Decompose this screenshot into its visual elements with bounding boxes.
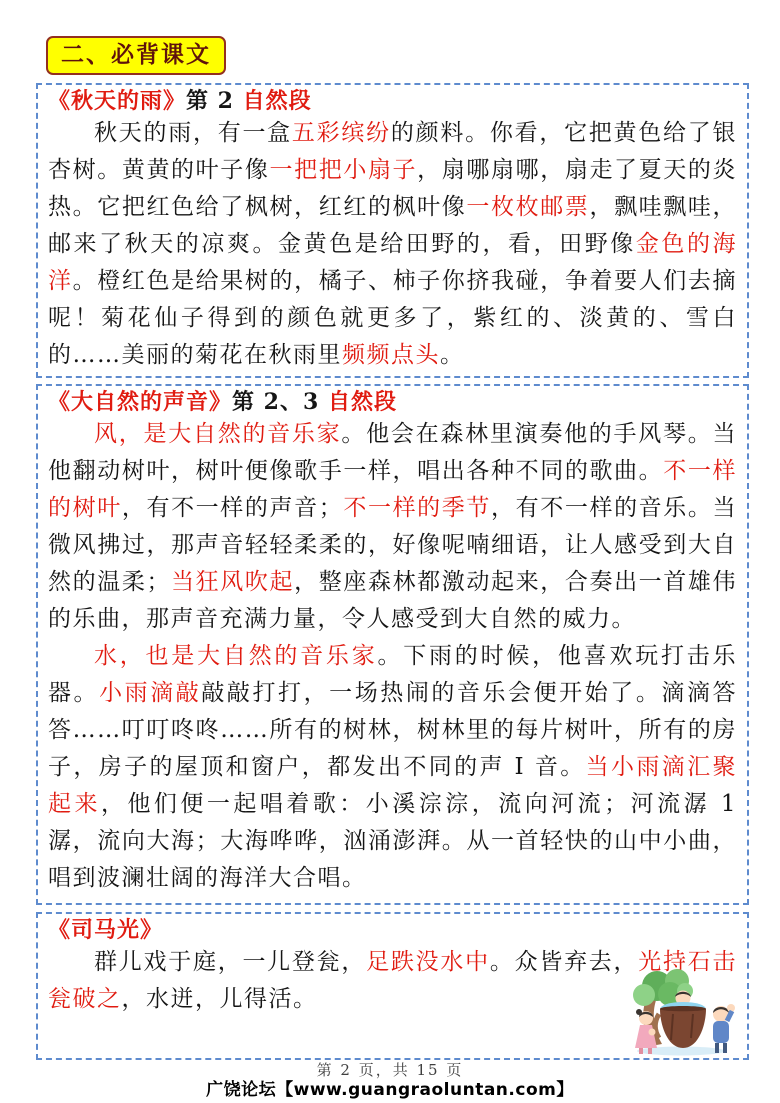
text-segment: ，他们便一起唱着歌：小溪淙淙，流向河流；河流潺 1 潺，流向大海；大海哗哗，汹涌… (48, 791, 737, 891)
text-segment: 第 2 (186, 88, 243, 114)
page-footer: 第 2 页，共 15 页 广饶论坛【www.guangraoluntan.com… (0, 1061, 780, 1100)
text-segment: 。 (440, 342, 465, 368)
section-header-badge: 二、必背课文 (46, 36, 226, 75)
highlighted-text-segment: 一枚枚邮票 (466, 194, 589, 220)
passage-paragraph: 风，是大自然的音乐家。他会在森林里演奏他的手风琴。当他翻动树叶，树叶便像歌手一样… (48, 416, 737, 638)
highlighted-text-segment: 自然段 (328, 389, 397, 415)
text-segment: ，有不一样的声音； (122, 495, 343, 521)
passage-title-sima-guang: 《司马光》 (48, 916, 737, 944)
highlighted-text-segment: 水，也是大自然的音乐家 (94, 643, 377, 669)
highlighted-text-segment: 频频点头 (342, 342, 440, 368)
passage-body-nature-sounds: 风，是大自然的音乐家。他会在森林里演奏他的手风琴。当他翻动树叶，树叶便像歌手一样… (48, 416, 737, 897)
highlighted-text-segment: 五彩缤纷 (292, 120, 391, 146)
text-segment: 第 2、3 (232, 389, 328, 415)
site-watermark: 广饶论坛【www.guangraoluntan.com】 (0, 1080, 780, 1100)
highlighted-text-segment: 一把把小扇子 (270, 157, 418, 183)
highlighted-text-segment: 自然段 (243, 88, 312, 114)
text-segment: 群儿戏于庭，一儿登瓮， (94, 949, 366, 975)
passage-box-sima-guang: 《司马光》 群儿戏于庭，一儿登瓮，足跌没水中。众皆弃去，光持石击瓮破之，水迸，儿… (36, 912, 749, 1060)
passage-paragraph: 秋天的雨，有一盒五彩缤纷的颜料。你看，它把黄色给了银杏树。黄黄的叶子像一把把小扇… (48, 115, 737, 374)
page-number-label: 第 2 页，共 15 页 (0, 1061, 780, 1080)
highlighted-text-segment: 风，是大自然的音乐家 (94, 421, 341, 447)
text-segment: 。众皆弃去， (490, 949, 638, 975)
highlighted-text-segment: 不一样的季节 (343, 495, 491, 521)
passage-paragraph: 水，也是大自然的音乐家。下雨的时候，他喜欢玩打击乐器。小雨滴敲敲敲打打，一场热闹… (48, 638, 737, 897)
passage-box-nature-sounds: 《大自然的声音》第 2、3 自然段 风，是大自然的音乐家。他会在森林里演奏他的手… (36, 384, 749, 905)
passage-title-autumn-rain: 《秋天的雨》第 2 自然段 (48, 87, 737, 115)
highlighted-text-segment: 足跌没水中 (366, 949, 490, 975)
passage-body-autumn-rain: 秋天的雨，有一盒五彩缤纷的颜料。你看，它把黄色给了银杏树。黄黄的叶子像一把把小扇… (48, 115, 737, 374)
passage-box-autumn-rain: 《秋天的雨》第 2 自然段 秋天的雨，有一盒五彩缤纷的颜料。你看，它把黄色给了银… (36, 83, 749, 378)
highlighted-text-segment: 《秋天的雨》 (48, 88, 186, 114)
text-segment: 秋天的雨，有一盒 (94, 120, 292, 146)
children-water-vat-illustration (621, 964, 741, 1056)
highlighted-text-segment: 当狂风吹起 (171, 569, 294, 595)
highlighted-text-segment: 《大自然的声音》 (48, 389, 232, 415)
worksheet-page: 二、必背课文 《秋天的雨》第 2 自然段 秋天的雨，有一盒五彩缤纷的颜料。你看，… (0, 0, 780, 1103)
text-segment: ，水迸，儿得活。 (122, 986, 318, 1012)
content-column: 《秋天的雨》第 2 自然段 秋天的雨，有一盒五彩缤纷的颜料。你看，它把黄色给了银… (36, 83, 749, 1060)
highlighted-text-segment: 小雨滴敲 (99, 680, 201, 706)
highlighted-text-segment: 《司马光》 (48, 917, 163, 943)
passage-title-nature-sounds: 《大自然的声音》第 2、3 自然段 (48, 388, 737, 416)
